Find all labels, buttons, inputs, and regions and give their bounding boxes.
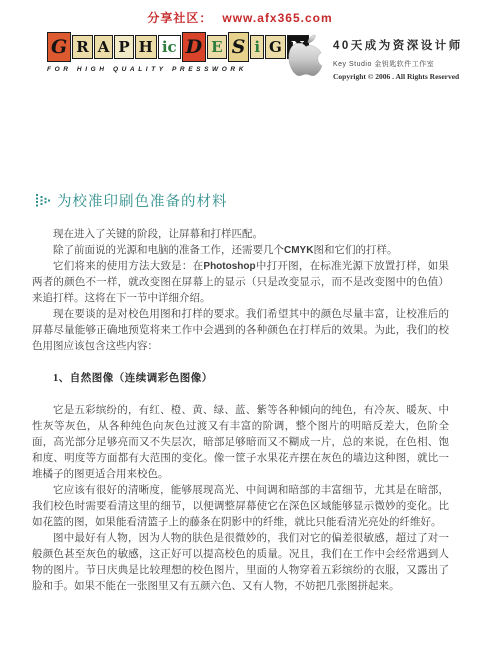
logo-letter: P [114, 35, 133, 59]
logo-letter: S [228, 32, 250, 62]
article-heading: 为校准印刷色准备的材料 [36, 190, 228, 211]
paragraph-3: 它们将来的使用方法大致是：在Photoshop中打开图，在标准光源下放置打样，如… [32, 259, 449, 307]
logo-letter: ic [158, 35, 181, 59]
dotted-arrow-icon [36, 193, 51, 208]
logo-letter: R [72, 35, 92, 59]
banner-site-label: 分享社区： [147, 11, 212, 25]
graphic-design-logo: GRAPHicDESiGN FOR HIGH QUALITY PRESSWORK [47, 32, 262, 73]
logo-letter: i [250, 35, 264, 59]
logo-letter: G [47, 32, 71, 62]
logo-letter: H [135, 35, 157, 59]
document-page: 分享社区：www.afx365.com GRAPHicDESiGN FOR HI… [0, 0, 480, 651]
subheading-1: 1、自然图像（连续调彩色图像） [32, 371, 449, 387]
logo-letter: A [94, 35, 114, 59]
brand-title: 40天成为资深设计师 [333, 37, 463, 53]
brand-text: 40天成为资深设计师 Key Studio 金钥匙软件工作室 Copyright… [333, 34, 463, 81]
article-body: 现在进入了关键的阶段，让屏幕和打样匹配。除了前面说的光源和电脑的准备工作，还需要… [32, 227, 449, 595]
studio-brand: 40天成为资深设计师 Key Studio 金钥匙软件工作室 Copyright… [287, 34, 463, 81]
paragraph-4: 现在要谈的是对校色用图和打样的要求。我们希望其中的颜色尽量丰富，让校准后的屏幕尽… [32, 307, 449, 355]
logo-letter: E [207, 35, 226, 59]
apple-logo-icon [287, 34, 325, 80]
paragraph-5: 它是五彩缤纷的，有红、橙、黄、绿、蓝、紫等各种倾向的纯色，有冷灰、暖灰、中性灰等… [32, 403, 449, 483]
brand-copyright: Copyright © 2006 . All Rights Reserved [333, 72, 463, 81]
brand-studio: Key Studio 金钥匙软件工作室 [333, 59, 463, 69]
logo-letter: D [182, 32, 206, 62]
apple-body [289, 43, 322, 76]
paragraph-6: 它应该有很好的清晰度，能够展现高光、中间调和暗部的丰富细节，尤其是在暗部，我们校… [32, 483, 449, 531]
paragraph-2: 除了前面说的光源和电脑的准备工作，还需要几个CMYK图和它们的打样。 [32, 243, 449, 259]
article-heading-text: 为校准印刷色准备的材料 [57, 190, 228, 211]
banner-url-link[interactable]: www.afx365.com [222, 11, 332, 25]
paragraph-7: 图中最好有人物，因为人物的肤色是很微妙的，我们对它的偏差很敏感，超过了对一般颜色… [32, 531, 449, 595]
apple-leaf [308, 35, 315, 43]
logo-letterboxes: GRAPHicDESiGN [47, 32, 262, 62]
logo-letter: G [265, 35, 286, 59]
top-banner: 分享社区：www.afx365.com [0, 9, 480, 26]
logo-tagline: FOR HIGH QUALITY PRESSWORK [47, 66, 262, 73]
paragraph-1: 现在进入了关键的阶段，让屏幕和打样匹配。 [32, 227, 449, 243]
